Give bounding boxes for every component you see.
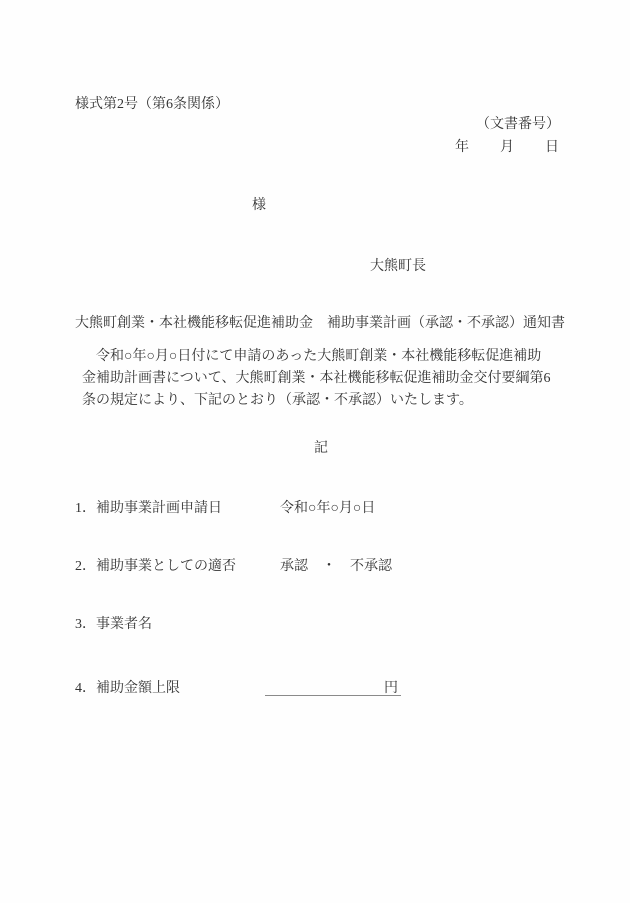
date-line: 年 月 日: [455, 136, 560, 156]
body-line-1: 令和○年○月○日付にて申請のあった大熊町創業・本社機能移転促進補助: [82, 346, 550, 368]
item-row-application-date: 1．補助事業計画申請日 令和○年○月○日: [75, 497, 590, 519]
form-number: 様式第2号（第6条関係）: [75, 93, 229, 113]
body-paragraph: 令和○年○月○日付にて申請のあった大熊町創業・本社機能移転促進補助 金補助計画書…: [82, 346, 550, 412]
sender-title: 大熊町長: [370, 255, 426, 275]
amount-blank-field: 円: [265, 677, 401, 696]
item-row-business-name: 3．事業者名: [75, 613, 590, 635]
doc-number-label: （文書番号）: [476, 113, 560, 133]
item-value: 令和○年○月○日: [280, 497, 375, 517]
item-label: 3．事業者名: [75, 617, 152, 632]
document-page: 様式第2号（第6条関係） （文書番号） 年 月 日 様 大熊町長 大熊町創業・本…: [0, 0, 630, 903]
item-label: 1．補助事業計画申請日: [75, 501, 222, 516]
record-marker: 記: [12, 437, 630, 457]
body-line-2: 金補助計画書について、大熊町創業・本社機能移転促進補助金交付要綱第6: [82, 368, 550, 390]
body-line-3: 条の規定により、下記のとおり（承認・不承認）いたします。: [82, 390, 550, 412]
item-row-approval-status: 2．補助事業としての適否 承認 ・ 不承認: [75, 555, 590, 577]
document-title: 大熊町創業・本社機能移転促進補助金 補助事業計画（承認・不承認）通知書: [68, 312, 572, 332]
item-value: 承認 ・ 不承認: [280, 555, 392, 575]
item-label: 4．補助金額上限: [75, 681, 180, 696]
addressee-suffix: 様: [252, 194, 266, 214]
amount-unit: 円: [384, 681, 398, 696]
item-label: 2．補助事業としての適否: [75, 559, 236, 574]
item-row-subsidy-limit: 4．補助金額上限 円: [75, 677, 590, 699]
